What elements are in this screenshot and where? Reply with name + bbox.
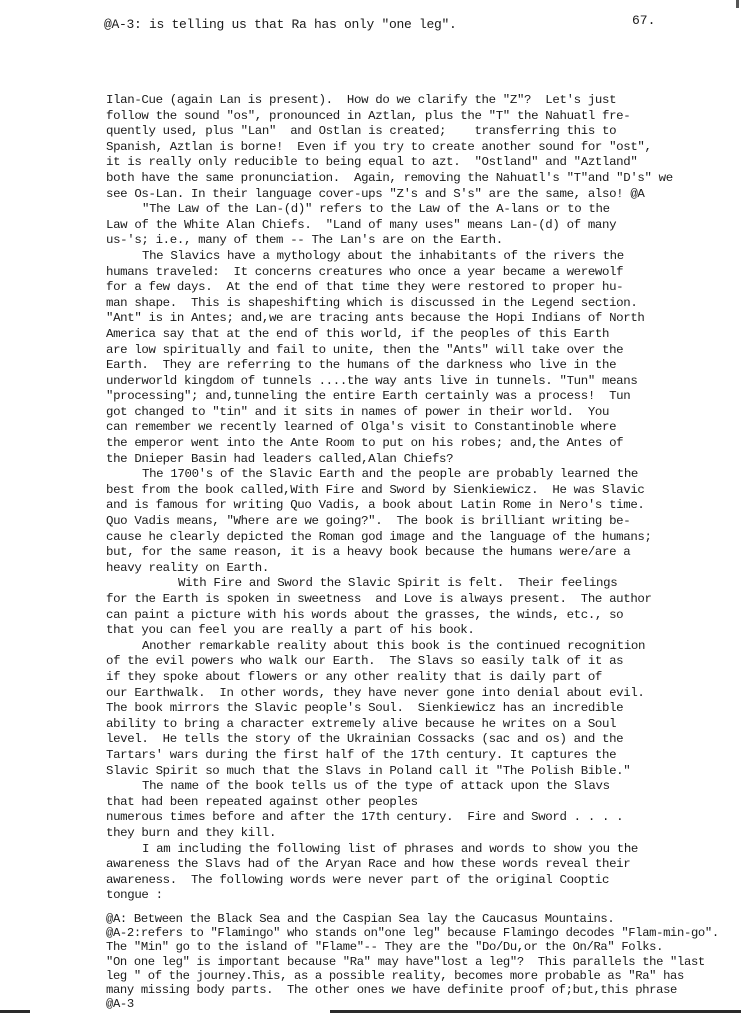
- text-line: man shape. This is shapeshifting which i…: [106, 296, 716, 312]
- text-line: "The Law of the Lan-(d)" refers to the L…: [106, 202, 716, 218]
- text-line: heavy reality on Earth.: [106, 561, 716, 577]
- text-line: the Dnieper Basin had leaders called,Ala…: [106, 452, 716, 468]
- text-line: Spanish, Aztlan is borne! Even if you tr…: [106, 140, 716, 156]
- text-line: The Slavics have a mythology about the i…: [106, 249, 716, 265]
- text-line: America say that at the end of this worl…: [106, 327, 716, 343]
- body-text: Ilan-Cue (again Lan is present). How do …: [106, 93, 716, 904]
- footnote-line: @A-2:refers to "Flamingo" who stands on"…: [106, 926, 736, 940]
- text-line: they burn and they kill.: [106, 826, 716, 842]
- text-line: With Fire and Sword the Slavic Spirit is…: [106, 576, 716, 592]
- text-line: Earth. They are referring to the humans …: [106, 358, 716, 374]
- text-line: The 1700's of the Slavic Earth and the p…: [106, 467, 716, 483]
- text-line: Slavic Spirit so much that the Slavs in …: [106, 764, 716, 780]
- footnote-line: many missing body parts. The other ones …: [106, 983, 736, 997]
- text-line: follow the sound "os", pronounced in Azt…: [106, 109, 716, 125]
- text-line: The book mirrors the Slavic people's Sou…: [106, 701, 716, 717]
- text-line: both have the same pronunciation. Again,…: [106, 171, 716, 187]
- text-line: but, for the same reason, it is a heavy …: [106, 545, 716, 561]
- text-line: got changed to "tin" and it sits in name…: [106, 405, 716, 421]
- text-line: awareness. The following words were neve…: [106, 873, 716, 889]
- text-line: are low spiritually and fail to unite, t…: [106, 343, 716, 359]
- text-line: Tartars' wars during the first half of t…: [106, 748, 716, 764]
- text-line: it is really only reducible to being equ…: [106, 155, 716, 171]
- text-line: Quo Vadis means, "Where are we going?". …: [106, 514, 716, 530]
- text-line: our Earthwalk. In other words, they have…: [106, 686, 716, 702]
- text-line: "processing"; and,tunneling the entire E…: [106, 389, 716, 405]
- text-line: can remember we recently learned of Olga…: [106, 420, 716, 436]
- text-line: numerous times before and after the 17th…: [106, 810, 716, 826]
- footnote-line: leg " of the journey.This, as a possible…: [106, 969, 736, 983]
- footnote-line: The "Min" go to the island of "Flame"-- …: [106, 940, 736, 954]
- text-line: Another remarkable reality about this bo…: [106, 639, 716, 655]
- text-line: and is famous for writing Quo Vadis, a b…: [106, 498, 716, 514]
- footnote-line: @A: Between the Black Sea and the Caspia…: [106, 912, 736, 926]
- text-line: see Os-Lan. In their language cover-ups …: [106, 187, 716, 203]
- text-line: for a few days. At the end of that time …: [106, 280, 716, 296]
- text-line: quently used, plus "Lan" and Ostlan is c…: [106, 124, 716, 140]
- page-number: 67.: [632, 13, 655, 28]
- text-line: awareness the Slavs had of the Aryan Rac…: [106, 857, 716, 873]
- footnotes: @A: Between the Black Sea and the Caspia…: [106, 912, 736, 1011]
- text-line: "Ant" is in Antes; and,we are tracing an…: [106, 311, 716, 327]
- text-line: if they spoke about flowers or any other…: [106, 670, 716, 686]
- text-line: Ilan-Cue (again Lan is present). How do …: [106, 93, 716, 109]
- text-line: for the Earth is spoken in sweetness and…: [106, 592, 716, 608]
- text-line: level. He tells the story of the Ukraini…: [106, 732, 716, 748]
- text-line: that had been repeated against other peo…: [106, 795, 716, 811]
- text-line: humans traveled: It concerns creatures w…: [106, 265, 716, 281]
- text-line: that you can feel you are really a part …: [106, 623, 716, 639]
- text-line: of the evil powers who walk our Earth. T…: [106, 654, 716, 670]
- text-line: us-'s; i.e., many of them -- The Lan's a…: [106, 233, 716, 249]
- text-line: the emperor went into the Ante Room to p…: [106, 436, 716, 452]
- text-line: can paint a picture with his words about…: [106, 608, 716, 624]
- text-line: ability to bring a character extremely a…: [106, 717, 716, 733]
- document-page: @A-3: is telling us that Ra has only "on…: [0, 0, 741, 1014]
- text-line: tongue :: [106, 888, 716, 904]
- text-line: The name of the book tells us of the typ…: [106, 779, 716, 795]
- text-line: best from the book called,With Fire and …: [106, 483, 716, 499]
- footnote-line: "On one leg" is important because "Ra" m…: [106, 955, 736, 969]
- text-line: Law of the White Alan Chiefs. "Land of m…: [106, 218, 716, 234]
- text-line: cause he clearly depicted the Roman god …: [106, 530, 716, 546]
- scan-edge-left: [0, 1010, 30, 1013]
- text-line: underworld kingdom of tunnels ....the wa…: [106, 374, 716, 390]
- running-head: @A-3: is telling us that Ra has only "on…: [104, 17, 457, 32]
- text-line: I am including the following list of phr…: [106, 842, 716, 858]
- scan-edge-bottom: [330, 1010, 741, 1013]
- scan-artifact: [736, 0, 739, 8]
